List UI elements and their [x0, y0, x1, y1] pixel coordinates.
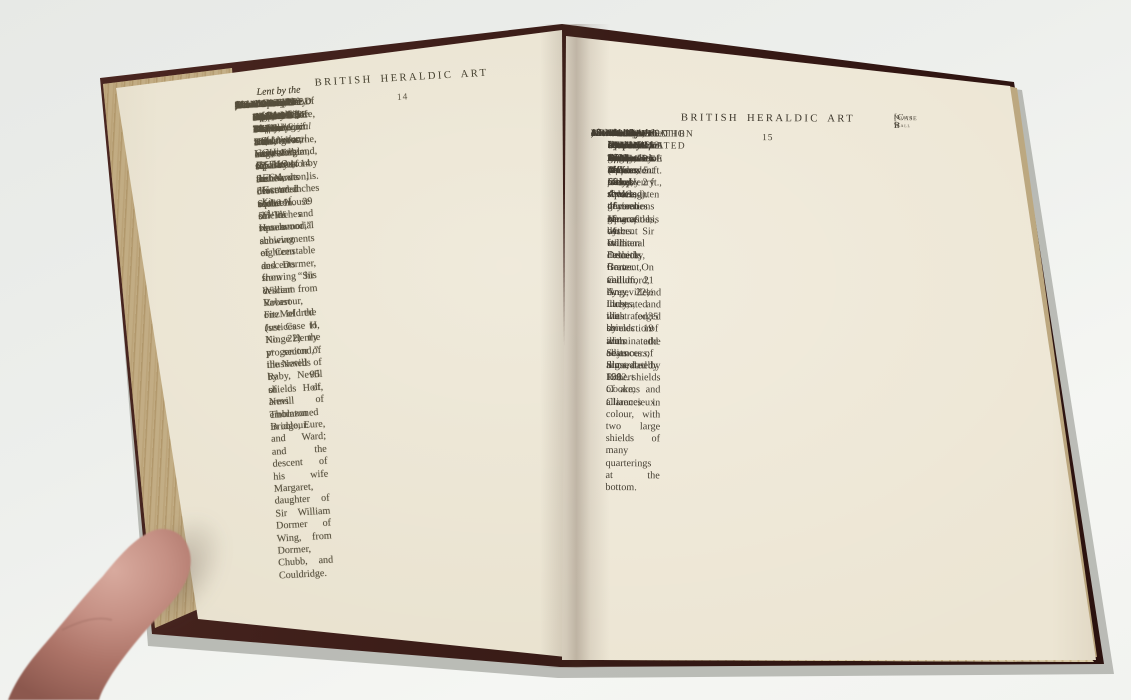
entry-text: of the Mackwilliam family, on vellum, 5 … — [605, 128, 662, 494]
lender-line: Lent by Mr. F. A. Crisp, F.S.A. — [252, 98, 281, 173]
wall-note: North Wall — [894, 114, 913, 130]
book-photo-scene: BRITISH HERALDIC ART Case B] North Wall … — [0, 0, 1131, 700]
lender-line: Lent by the Society of Antiquaries. — [608, 128, 657, 165]
right-entries: 12EXEMPLIFICATION of the arms and four g… — [608, 128, 928, 130]
thumb-outline — [8, 529, 191, 700]
page-header: BRITISH HERALDIC ART — [608, 112, 928, 126]
thumb — [0, 508, 205, 700]
right-page-content: BRITISH HERALDIC ART [Case B North Wall … — [608, 112, 928, 146]
